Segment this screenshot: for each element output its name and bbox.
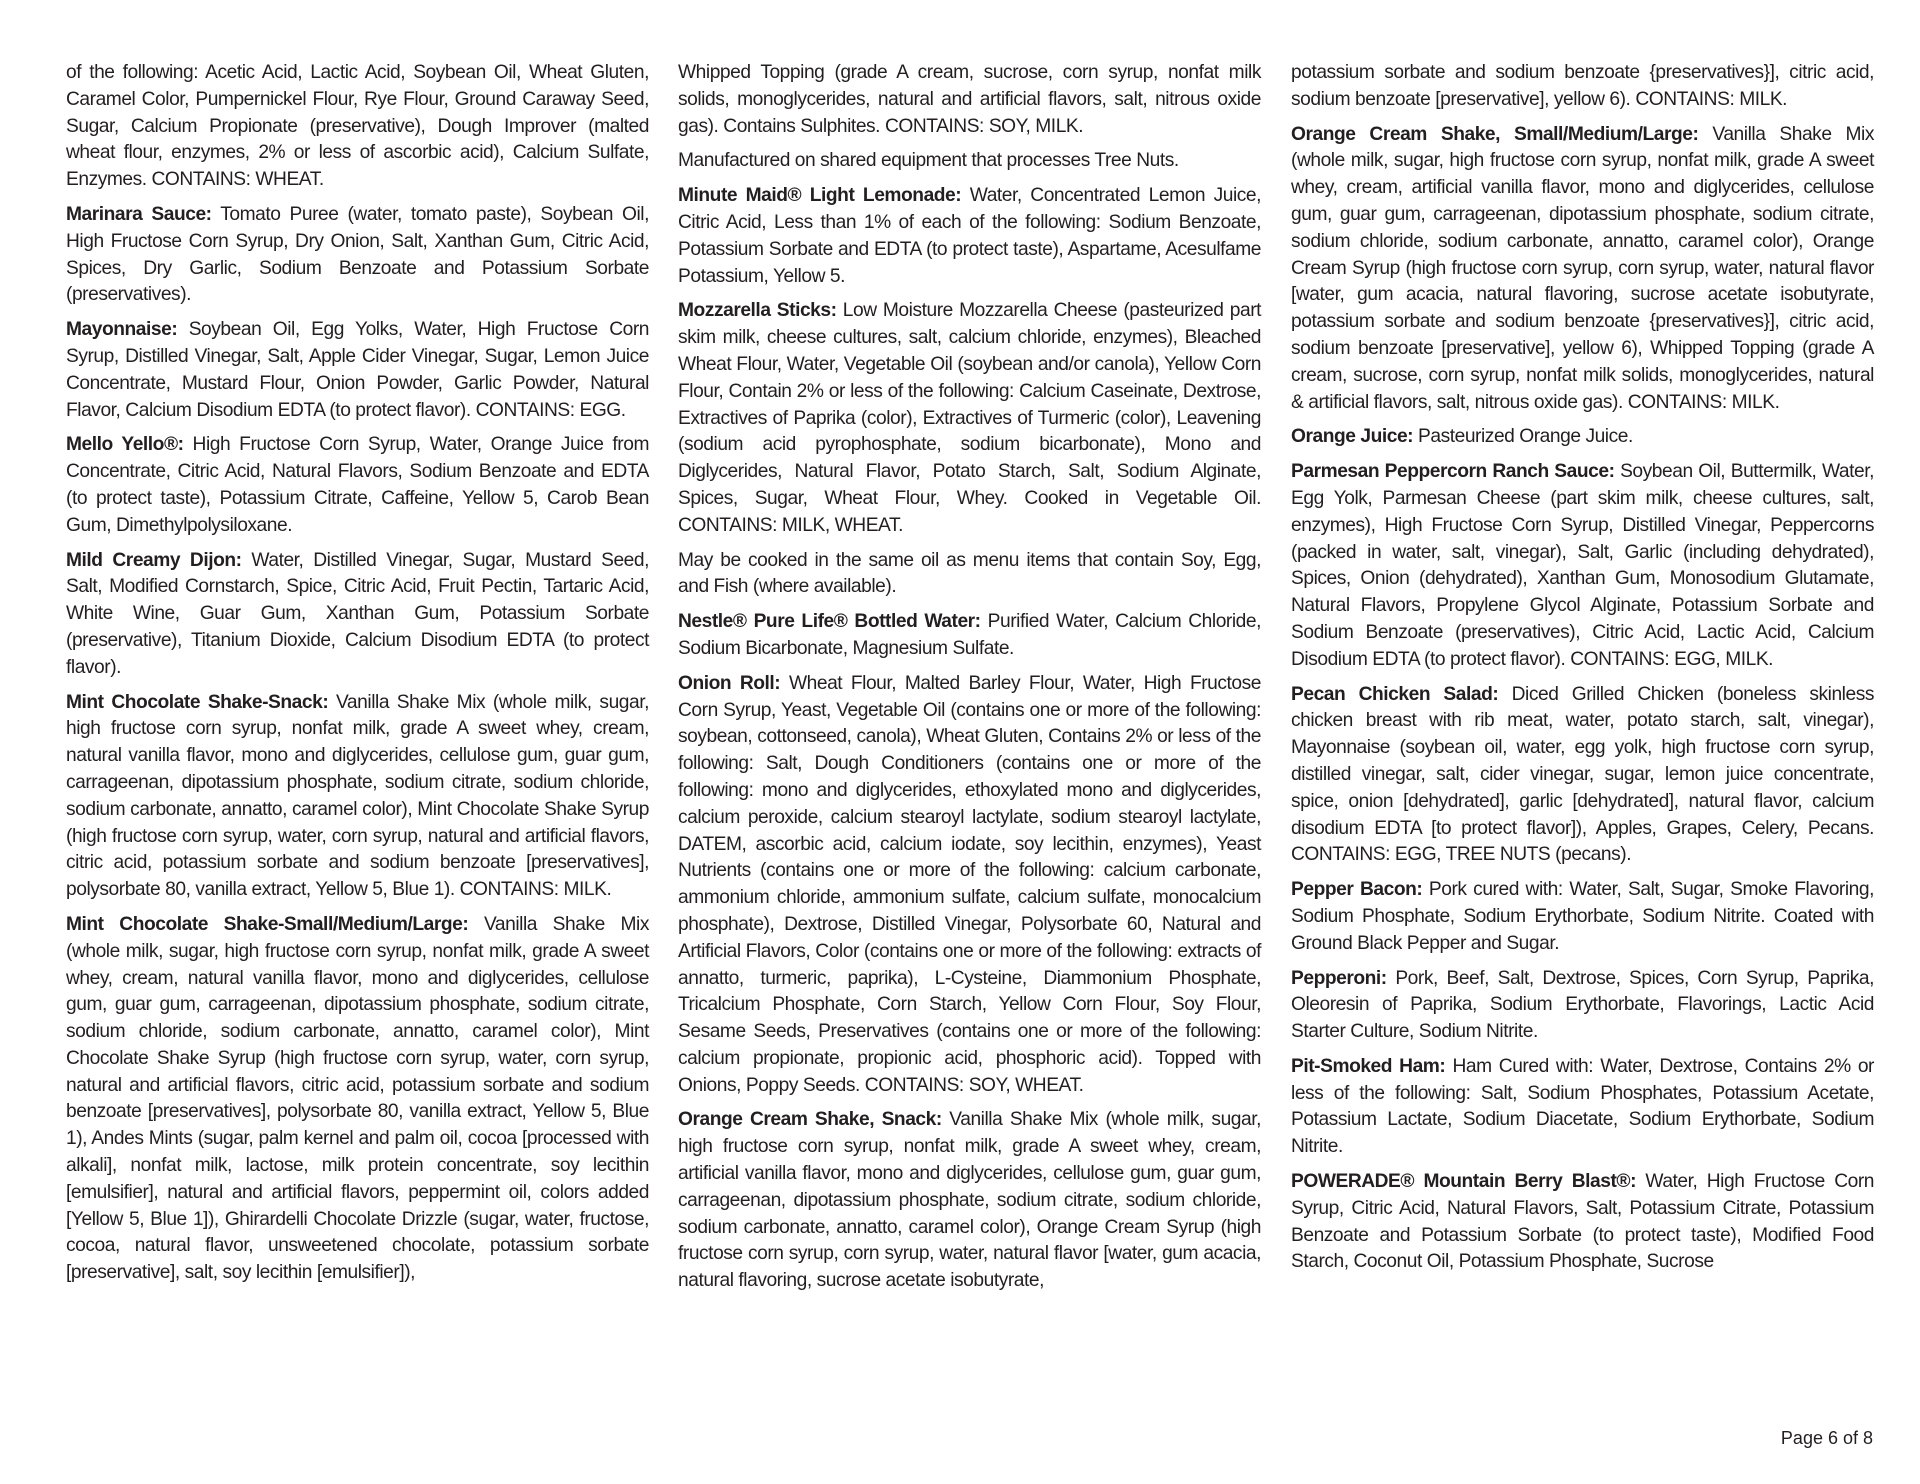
ingredient-entry: Pepperoni: Pork, Beef, Salt, Dextrose, S…	[1291, 966, 1874, 1046]
item-ingredients: Low Moisture Mozzarella Cheese (pasteuri…	[678, 300, 1261, 535]
item-name: Mozzarella Sticks:	[678, 300, 837, 321]
ingredient-entry: Pepper Bacon: Pork cured with: Water, Sa…	[1291, 877, 1874, 957]
item-name: Pit-Smoked Ham:	[1291, 1056, 1445, 1077]
column-3: potassium sorbate and sodium benzoate {p…	[1291, 60, 1874, 1284]
item-name: Mild Creamy Dijon:	[66, 550, 242, 571]
item-name: Mayonnaise:	[66, 319, 177, 340]
item-name: Nestle® Pure Life® Bottled Water:	[678, 611, 981, 632]
ingredient-entry: Orange Cream Shake, Small/Medium/Large: …	[1291, 122, 1874, 417]
item-name: Mint Chocolate Shake-Snack:	[66, 692, 328, 713]
ingredient-entry: Minute Maid® Light Lemonade: Water, Conc…	[678, 183, 1261, 290]
ingredient-entry: Mint Chocolate Shake-Snack: Vanilla Shak…	[66, 690, 649, 904]
item-ingredients: potassium sorbate and sodium benzoate {p…	[1291, 62, 1874, 110]
item-ingredients: Diced Grilled Chicken (boneless skinless…	[1291, 684, 1874, 866]
column-2: Whipped Topping (grade A cream, sucrose,…	[678, 60, 1261, 1303]
ingredient-entry: Mint Chocolate Shake-Small/Medium/Large:…	[66, 912, 649, 1287]
ingredient-entry: Pecan Chicken Salad: Diced Grilled Chick…	[1291, 682, 1874, 870]
item-name: Marinara Sauce:	[66, 204, 212, 225]
ingredient-entry: Nestle® Pure Life® Bottled Water: Purifi…	[678, 609, 1261, 663]
ingredient-entry: of the following: Acetic Acid, Lactic Ac…	[66, 60, 649, 194]
page-number: Page 6 of 8	[1781, 1428, 1873, 1449]
ingredient-entry: Parmesan Peppercorn Ranch Sauce: Soybean…	[1291, 459, 1874, 673]
item-ingredients: Pasteurized Orange Juice.	[1413, 426, 1633, 447]
note-entry: May be cooked in the same oil as menu it…	[678, 548, 1261, 602]
item-name: Orange Cream Shake, Snack:	[678, 1109, 942, 1130]
ingredient-entry: Onion Roll: Wheat Flour, Malted Barley F…	[678, 671, 1261, 1100]
item-ingredients: Vanilla Shake Mix (whole milk, sugar, hi…	[678, 1109, 1261, 1291]
item-name: Onion Roll:	[678, 673, 780, 694]
item-name: Orange Juice:	[1291, 426, 1413, 447]
item-ingredients: Vanilla Shake Mix (whole milk, sugar, hi…	[66, 914, 649, 1283]
ingredient-entry: Mayonnaise: Soybean Oil, Egg Yolks, Wate…	[66, 317, 649, 424]
item-name: POWERADE® Mountain Berry Blast®:	[1291, 1171, 1636, 1192]
ingredient-entry: Mello Yello®: High Fructose Corn Syrup, …	[66, 432, 649, 539]
ingredient-entry: Orange Cream Shake, Snack: Vanilla Shake…	[678, 1107, 1261, 1295]
item-ingredients: Vanilla Shake Mix (whole milk, sugar, hi…	[66, 692, 649, 901]
item-name: Pecan Chicken Salad:	[1291, 684, 1498, 705]
item-ingredients: Whipped Topping (grade A cream, sucrose,…	[678, 62, 1261, 137]
item-ingredients: Wheat Flour, Malted Barley Flour, Water,…	[678, 673, 1261, 1096]
item-name: Mint Chocolate Shake-Small/Medium/Large:	[66, 914, 468, 935]
item-ingredients: Vanilla Shake Mix (whole milk, sugar, hi…	[1291, 124, 1874, 413]
item-ingredients: May be cooked in the same oil as menu it…	[678, 550, 1261, 598]
item-ingredients: Soybean Oil, Buttermilk, Water, Egg Yolk…	[1291, 461, 1874, 670]
ingredient-entry: Orange Juice: Pasteurized Orange Juice.	[1291, 424, 1874, 451]
item-name: Orange Cream Shake, Small/Medium/Large:	[1291, 124, 1698, 145]
ingredient-entry: POWERADE® Mountain Berry Blast®: Water, …	[1291, 1169, 1874, 1276]
document-page: of the following: Acetic Acid, Lactic Ac…	[0, 0, 1920, 1484]
item-name: Mello Yello®:	[66, 434, 184, 455]
item-name: Pepperoni:	[1291, 968, 1387, 989]
note-entry: Manufactured on shared equipment that pr…	[678, 148, 1261, 175]
ingredient-entry: Whipped Topping (grade A cream, sucrose,…	[678, 60, 1261, 140]
item-ingredients: of the following: Acetic Acid, Lactic Ac…	[66, 62, 649, 190]
item-name: Minute Maid® Light Lemonade:	[678, 185, 961, 206]
ingredient-entry: potassium sorbate and sodium benzoate {p…	[1291, 60, 1874, 114]
ingredient-entry: Mild Creamy Dijon: Water, Distilled Vine…	[66, 548, 649, 682]
item-name: Parmesan Peppercorn Ranch Sauce:	[1291, 461, 1615, 482]
ingredient-entry: Pit-Smoked Ham: Ham Cured with: Water, D…	[1291, 1054, 1874, 1161]
ingredient-entry: Marinara Sauce: Tomato Puree (water, tom…	[66, 202, 649, 309]
item-ingredients: Manufactured on shared equipment that pr…	[678, 150, 1179, 171]
column-1: of the following: Acetic Acid, Lactic Ac…	[66, 60, 649, 1295]
ingredient-entry: Mozzarella Sticks: Low Moisture Mozzarel…	[678, 298, 1261, 539]
item-name: Pepper Bacon:	[1291, 879, 1422, 900]
